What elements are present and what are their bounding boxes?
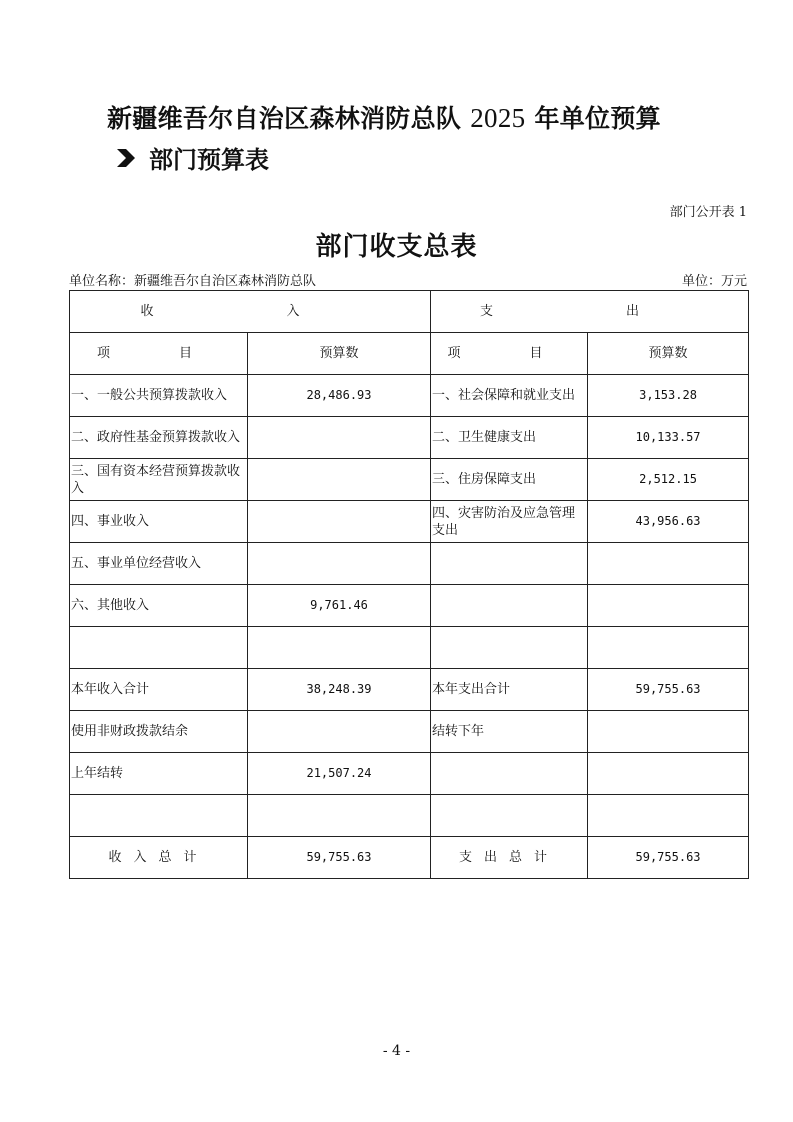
income-value: 9,761.46 [248,585,431,627]
expense-value: 43,956.63 [588,501,749,543]
expense-value: 59,755.63 [588,669,749,711]
expense-value: 3,153.28 [588,375,749,417]
income-value: 21,507.24 [248,753,431,795]
page-number: - 4 - [0,1043,793,1059]
title-suffix: 年单位预算 [534,104,661,133]
section-label: 部门预算表 [149,140,269,175]
income-item: 五、事业单位经营收入 [70,543,248,585]
expense-item [431,795,588,837]
income-item-header: 项 目 [70,333,248,375]
expense-value: 2,512.15 [588,459,749,501]
expense-value [588,627,749,669]
income-value [248,543,431,585]
table-row: 五、事业单位经营收入 [70,543,749,585]
chevron-right-icon [115,147,137,169]
expense-value [588,795,749,837]
table-row [70,795,749,837]
table-row: 上年结转21,507.24 [70,753,749,795]
expense-item: 四、灾害防治及应急管理支出 [431,501,588,543]
title-year: 2025 [470,103,525,133]
expense-total-value: 59,755.63 [588,837,749,879]
expense-total-label: 支出总计 [431,837,588,879]
expense-value [588,585,749,627]
income-value [248,711,431,753]
income-item: 使用非财政拨款结余 [70,711,248,753]
income-value [248,459,431,501]
table-row: 本年收入合计38,248.39本年支出合计59,755.63 [70,669,749,711]
budget-table: 收 入 支 出 项 目 预算数 项 目 预算数 一、一般公共预算拨款收入28,4… [69,290,749,879]
expense-item [431,543,588,585]
table-row: 三、国有资本经营预算拨款收入三、住房保障支出2,512.15 [70,459,749,501]
income-value [248,795,431,837]
expense-value: 10,133.57 [588,417,749,459]
table-row: 一、一般公共预算拨款收入28,486.93一、社会保障和就业支出3,153.28 [70,375,749,417]
expense-value [588,711,749,753]
expense-item: 本年支出合计 [431,669,588,711]
table-row: 二、政府性基金预算拨款收入二、卫生健康支出10,133.57 [70,417,749,459]
expense-item [431,753,588,795]
income-item [70,627,248,669]
unit-label: 单位：万元 [682,270,747,289]
income-item: 四、事业收入 [70,501,248,543]
table-title: 部门收支总表 [0,226,793,263]
column-header-row: 项 目 预算数 项 目 预算数 [70,333,749,375]
document-title: 新疆维吾尔自治区森林消防总队 2025 年单位预算 [107,99,661,135]
income-value: 28,486.93 [248,375,431,417]
expense-header: 支 出 [431,291,749,333]
expense-item: 一、社会保障和就业支出 [431,375,588,417]
income-item: 三、国有资本经营预算拨款收入 [70,459,248,501]
income-item: 一、一般公共预算拨款收入 [70,375,248,417]
expense-item: 三、住房保障支出 [431,459,588,501]
total-row: 收入总计 59,755.63 支出总计 59,755.63 [70,837,749,879]
income-item: 六、其他收入 [70,585,248,627]
expense-item: 结转下年 [431,711,588,753]
expense-item [431,627,588,669]
table-row: 四、事业收入四、灾害防治及应急管理支出43,956.63 [70,501,749,543]
expense-value [588,543,749,585]
expense-budget-header: 预算数 [588,333,749,375]
expense-item-header: 项 目 [431,333,588,375]
income-header: 收 入 [70,291,431,333]
expense-item [431,585,588,627]
section-heading: 部门预算表 [115,140,269,175]
income-value: 38,248.39 [248,669,431,711]
income-budget-header: 预算数 [248,333,431,375]
income-total-label: 收入总计 [70,837,248,879]
expense-value [588,753,749,795]
income-item: 本年收入合计 [70,669,248,711]
income-value [248,417,431,459]
title-prefix: 新疆维吾尔自治区森林消防总队 [107,104,461,133]
table-row: 使用非财政拨款结余结转下年 [70,711,749,753]
income-item: 上年结转 [70,753,248,795]
table-row: 六、其他收入9,761.46 [70,585,749,627]
table-header-row: 收 入 支 出 [70,291,749,333]
income-item [70,795,248,837]
unit-name: 单位名称：新疆维吾尔自治区森林消防总队 [69,270,316,289]
income-value [248,501,431,543]
income-item: 二、政府性基金预算拨款收入 [70,417,248,459]
expense-item: 二、卫生健康支出 [431,417,588,459]
table-code: 部门公开表 1 [670,201,747,220]
income-total-value: 59,755.63 [248,837,431,879]
table-row [70,627,749,669]
income-value [248,627,431,669]
